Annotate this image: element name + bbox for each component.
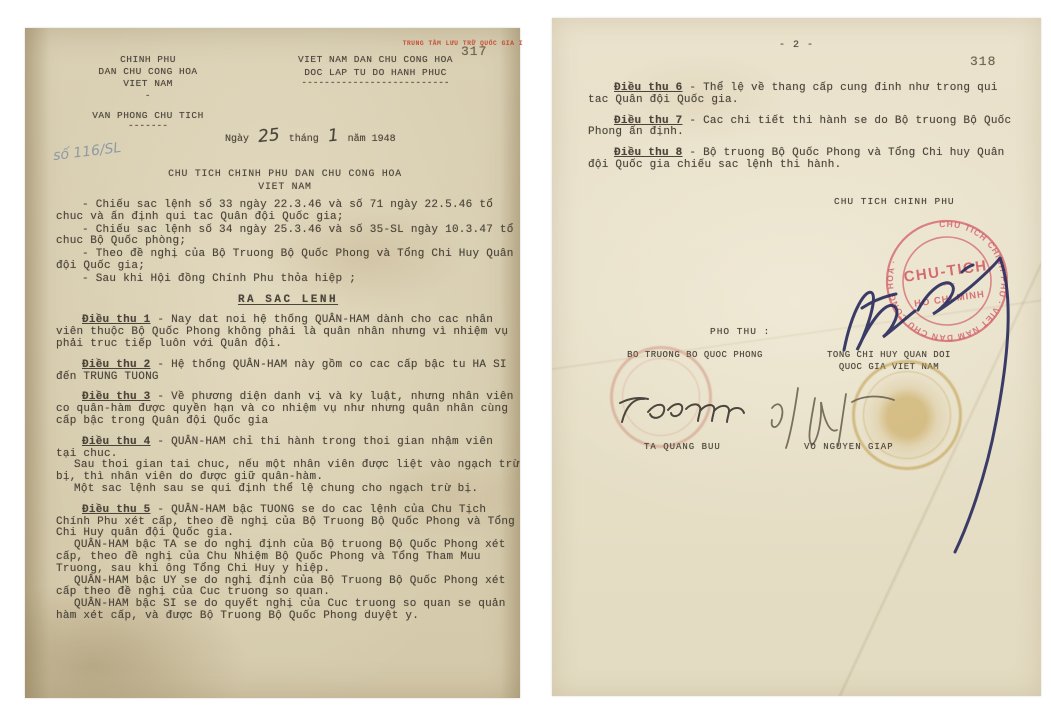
document-title: CHU TICH CHINH PHU DAN CHU CONG HOA VIET…: [120, 168, 450, 193]
article-4-paragraph: Một sac lệnh sau se qui định thể lệ chun…: [56, 484, 520, 496]
preamble-clause: - Chiếu sac lệnh số 33 ngày 22.3.46 và s…: [56, 200, 520, 224]
title-line: CHU TICH CHINH PHU DAN CHU CONG HOA: [120, 168, 450, 181]
document-scan: { "colors": { "archive_stamp_red": "#c43…: [0, 0, 1051, 706]
header-national-motto: VIET NAM DAN CHU CONG HOA DOC LAP TU DO …: [263, 54, 488, 87]
article-5-paragraph: QUÂN-HAM bậc UY se do nghị định của Bộ T…: [56, 576, 520, 600]
scan-page-2: - 2 - 318 Điều thu 6 - Thể lệ về thang c…: [552, 18, 1041, 696]
header-line: VIET NAM: [63, 78, 233, 90]
article-6-label: Điều thu 6: [614, 82, 683, 94]
article-3: Điều thu 3 - Về phương diện danh vị và k…: [56, 392, 520, 427]
article-8: Điều thu 8 - Bộ truong Bộ Quốc Phong và …: [588, 148, 1016, 172]
article-7: Điều thu 7 - Cac chi tiết thi hành se do…: [588, 116, 1016, 140]
article-7-label: Điều thu 7: [614, 115, 683, 127]
preamble-clause: - Chiếu sac lệnh số 34 ngày 25.3.46 và s…: [56, 225, 520, 249]
article-1-label: Điều thu 1: [82, 314, 151, 326]
ta-quang-buu-signature: [614, 376, 754, 438]
preamble-clause: - Sau khi Hội đồng Chính Phu thỏa hiệp ;: [56, 274, 520, 286]
article-5-label: Điều thu 5: [82, 504, 151, 516]
article-5-paragraph: QUÂN-HAM bậc TA se do nghị định của Bộ t…: [56, 540, 520, 575]
date-line: Ngày 25 tháng 1 năm 1948: [225, 131, 505, 145]
article-3-label: Điều thu 3: [82, 391, 151, 403]
header-line: DAN CHU CONG HOA: [63, 66, 233, 78]
date-prefix: Ngày: [225, 134, 249, 145]
header-issuing-office: CHINH PHU DAN CHU CONG HOA VIET NAM - VA…: [63, 54, 233, 130]
signer-name-vo-nguyen-giap: VO NGUYEN GIAP: [804, 442, 894, 452]
signer-title-line: TONG CHI HUY QUAN DOI: [794, 350, 984, 362]
article-4: Điều thu 4 - QUÂN-HAM chỉ thi hành trong…: [56, 437, 520, 461]
page2-body-text: Điều thu 6 - Thể lệ về thang cấp cung đi…: [588, 74, 1016, 172]
handwritten-day: 25: [258, 130, 281, 142]
header-separator: -: [63, 90, 233, 102]
date-middle: tháng: [289, 134, 319, 145]
article-4-paragraph: Sau thoi gian tai chuc, nếu một nhân viê…: [56, 460, 520, 484]
countersign-label: PHO THU :: [710, 326, 770, 337]
preamble-clause: - Theo đề nghị của Bộ Truong Bộ Quốc Pho…: [56, 249, 520, 273]
article-5: Điều thu 5 - QUÂN-HAM bậc TUONG se do ca…: [56, 505, 520, 540]
date-suffix: năm 1948: [348, 134, 396, 145]
article-6: Điều thu 6 - Thể lệ về thang cấp cung đi…: [588, 83, 1016, 107]
handwritten-month: 1: [327, 130, 339, 141]
decree-heading: RA SAC LENH: [56, 295, 520, 307]
signer-name-ta-quang-buu: TA QUANG BUU: [644, 442, 721, 452]
article-5-paragraph: QUÂN-HAM bậc SI se do quyết nghị của Cuc…: [56, 599, 520, 623]
article-1: Điều thu 1 - Nay dat noi hệ thống QUÂN-H…: [56, 315, 520, 350]
motto-line: DOC LAP TU DO HANH PHUC: [263, 67, 488, 80]
article-2-label: Điều thu 2: [82, 359, 151, 371]
article-8-label: Điều thu 8: [614, 147, 683, 159]
article-2: Điều thu 2 - Hệ thống QUÂN-HAM này gồm c…: [56, 360, 520, 384]
page-2-header: - 2 -: [552, 40, 1041, 51]
header-underline: -------: [63, 122, 233, 130]
title-line: VIET NAM: [120, 181, 450, 194]
motto-underline: --------------------------: [263, 79, 488, 87]
motto-line: VIET NAM DAN CHU CONG HOA: [263, 54, 488, 67]
office-name: VAN PHONG CHU TICH: [63, 110, 233, 122]
handwritten-doc-ref: số 116/SL: [52, 140, 122, 164]
page1-body-text: - Chiếu sac lệnh số 33 ngày 22.3.46 và s…: [56, 200, 520, 623]
page-number-318: 318: [970, 54, 996, 69]
header-line: CHINH PHU: [63, 54, 233, 66]
article-4-label: Điều thu 4: [82, 436, 151, 448]
archive-stamp: TRUNG TÂM LƯU TRỮ QUỐC GIA I: [363, 40, 523, 47]
scan-page-1: TRUNG TÂM LƯU TRỮ QUỐC GIA I 317 CHINH P…: [25, 28, 520, 698]
